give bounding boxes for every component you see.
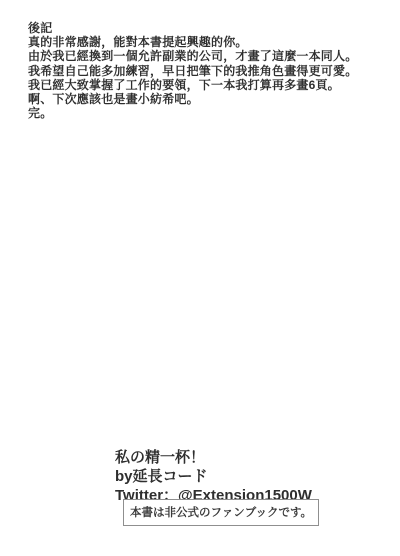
disclaimer-text: 本書は非公式のファンブックです。 — [130, 507, 312, 519]
afterword-heading: 後記 — [28, 21, 357, 35]
afterword-line: 由於我已經換到一個允許副業的公司，才畫了這麼一本同人。 — [28, 49, 357, 63]
afterword-page: 後記 真的非常感謝，能對本書提起興趣的你。 由於我已經換到一個允許副業的公司，才… — [0, 0, 400, 556]
author-credit: by延長コード — [115, 467, 312, 486]
afterword-line: 我希望自己能多加練習，早日把筆下的我推角色畫得更可愛。 — [28, 64, 357, 78]
work-title: 私の精一杯！ — [115, 448, 312, 467]
disclaimer-box: 本書は非公式のファンブックです。 — [123, 499, 319, 526]
afterword-text-block: 後記 真的非常感謝，能對本書提起興趣的你。 由於我已經換到一個允許副業的公司，才… — [28, 21, 357, 120]
afterword-line: 啊、下次應該也是畫小紡希吧。 — [28, 92, 357, 106]
afterword-line: 完。 — [28, 106, 357, 120]
afterword-line: 我已經大致掌握了工作的要領，下一本我打算再多畫6頁。 — [28, 78, 357, 92]
credits-block: 私の精一杯！ by延長コード Twitter：@Extension1500W — [115, 448, 312, 505]
afterword-line: 真的非常感謝，能對本書提起興趣的你。 — [28, 35, 357, 49]
